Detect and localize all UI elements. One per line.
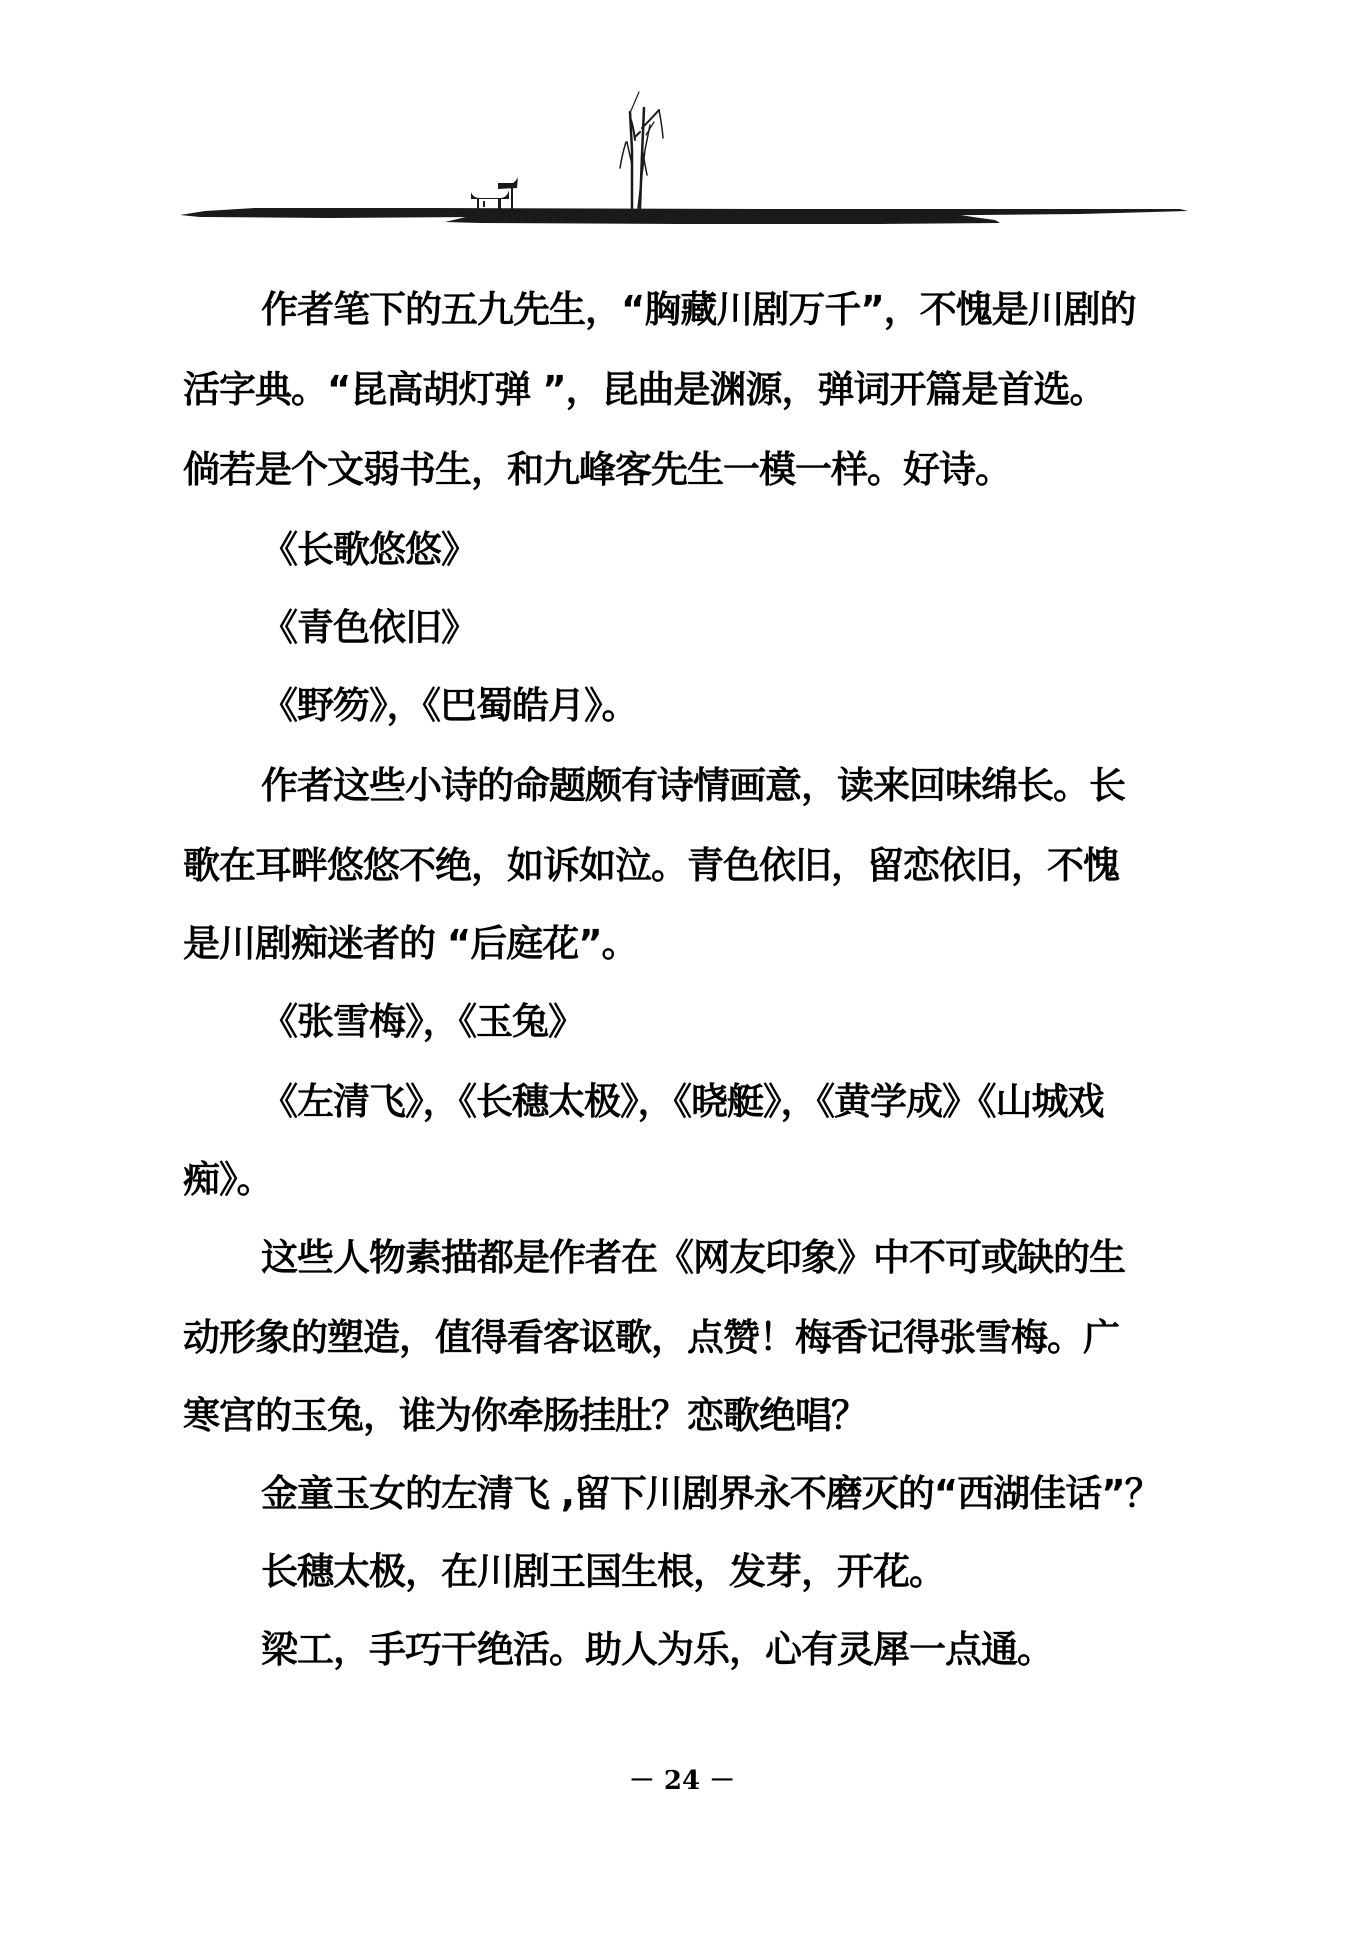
- paragraph-line: 梁工，手巧干绝活。助人为乐，心有灵犀一点通。: [183, 1630, 1053, 1670]
- page-number: － 24 －: [0, 1760, 1364, 1797]
- paragraph-line: 是川剧痴迷者的 “后庭花”。: [183, 924, 638, 964]
- paragraph-line: 活字典。“昆高胡灯弹 ”，昆曲是渊源，弹词开篇是首选。: [183, 370, 1106, 410]
- paragraph-line: 动形象的塑造，值得看客讴歌，点赞！梅香记得张雪梅。广: [183, 1318, 1119, 1358]
- paragraph-line: 这些人物素描都是作者在《网友印象》中不可或缺的生: [183, 1238, 1125, 1278]
- paragraph-line: 长穗太极，在川剧王国生根，发芽，开花。: [183, 1552, 945, 1592]
- poem-title-line: 《张雪梅》，《玉兔》: [183, 1002, 584, 1042]
- paragraph-line: 寒宫的玉兔，谁为你牵肠挂肚？恋歌绝唱？: [183, 1396, 867, 1436]
- paragraph-line: 歌在耳畔悠悠不绝，如诉如泣。青色依旧，留恋依旧，不愧: [183, 846, 1119, 886]
- paragraph-line: 作者笔下的五九先生，“胸藏川剧万千”，不愧是川剧的: [183, 290, 1136, 330]
- paragraph-line: 倘若是个文弱书生，和九峰客先生一模一样。好诗。: [183, 450, 1011, 490]
- paragraph-line: 作者这些小诗的命题颇有诗情画意，读来回味绵长。长: [183, 766, 1125, 806]
- poem-title-line: 《长歌悠悠》: [183, 530, 477, 570]
- paragraph-line: 金童玉女的左清飞 ,留下川剧界永不磨灭的“西湖佳话”？: [183, 1474, 1161, 1514]
- poem-title-line: 《野笏》，《巴蜀皓月》。: [183, 686, 638, 726]
- poem-title-line: 《左清飞》，《长穗太极》，《晓艇》，《黄学成》《山城戏: [183, 1082, 1104, 1122]
- poem-title-line: 痴》。: [183, 1160, 273, 1200]
- ink-landscape-header-icon: [180, 80, 1200, 240]
- poem-title-line: 《青色依旧》: [183, 608, 477, 648]
